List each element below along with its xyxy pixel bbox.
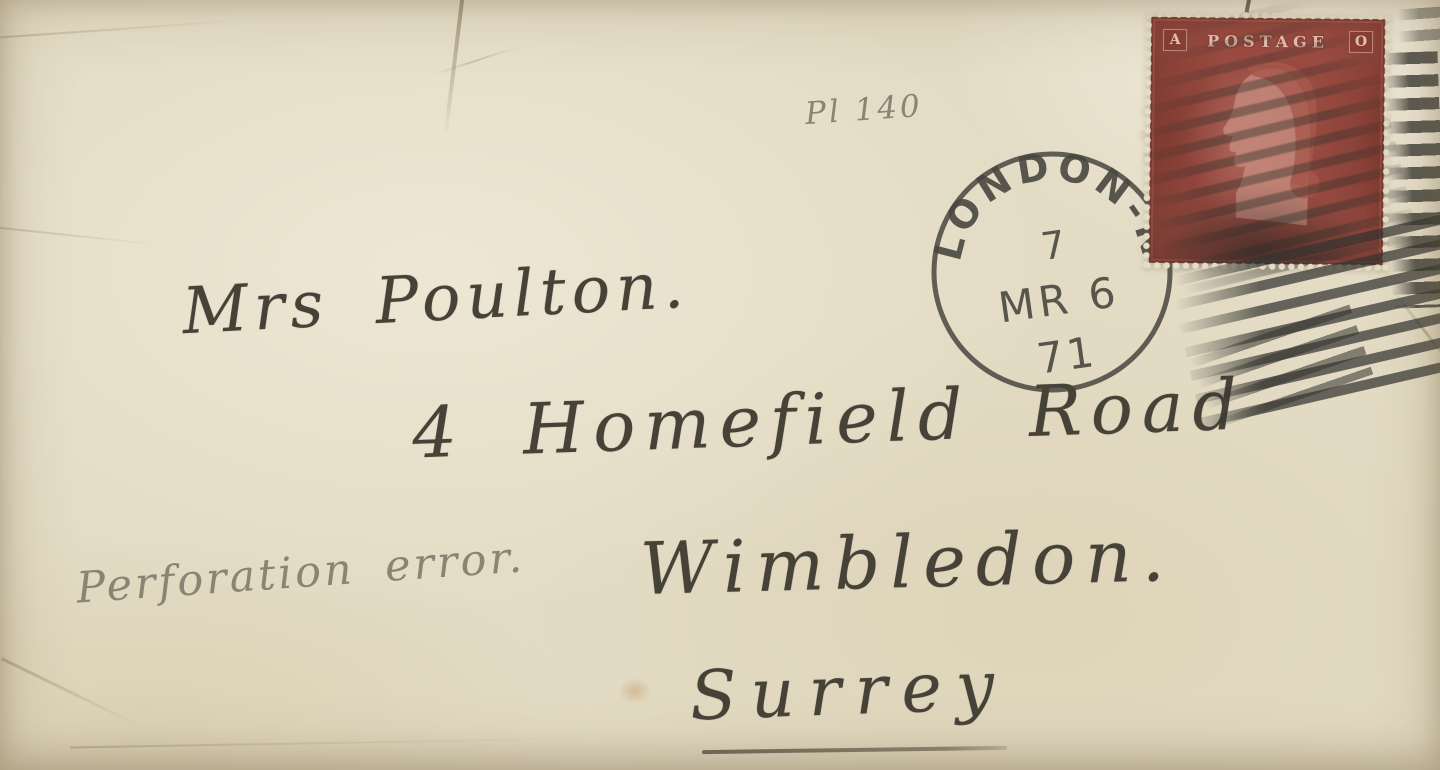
stain-spot xyxy=(618,678,652,704)
duplex-killer-bars-right-top xyxy=(1397,7,1440,52)
crease-bottom-left xyxy=(1,657,137,725)
crease-top-center-branch xyxy=(432,46,518,76)
crease-top-center xyxy=(443,0,464,136)
address-line-2: 4 Homefield Road xyxy=(411,363,1248,474)
crease-bottom xyxy=(70,737,590,748)
address-line-4: Surrey xyxy=(689,646,1010,736)
crease-top-left xyxy=(0,19,250,39)
postmark-date: MR 6 xyxy=(995,267,1122,332)
stamp-cancel-smudge xyxy=(1149,185,1384,265)
crease-right-middle xyxy=(1390,287,1440,376)
perforation-note: Perforation error. xyxy=(75,532,527,613)
penny-red-stamp: A POSTAGE O xyxy=(1145,13,1390,270)
crease-left-middle xyxy=(0,226,162,246)
postmark-time: 7 xyxy=(1038,222,1068,269)
address-line-1: Mrs Poulton. xyxy=(180,249,691,349)
stamp-body: A POSTAGE O xyxy=(1149,17,1386,265)
surrey-underline xyxy=(702,746,1007,754)
envelope-photo: LONDON-N 7 MR 6 71 Mrs Poulton. 4 Homefi… xyxy=(0,0,1440,770)
address-line-3: Wimbledon. xyxy=(639,513,1175,611)
plate-note: Pl 140 xyxy=(804,88,924,132)
